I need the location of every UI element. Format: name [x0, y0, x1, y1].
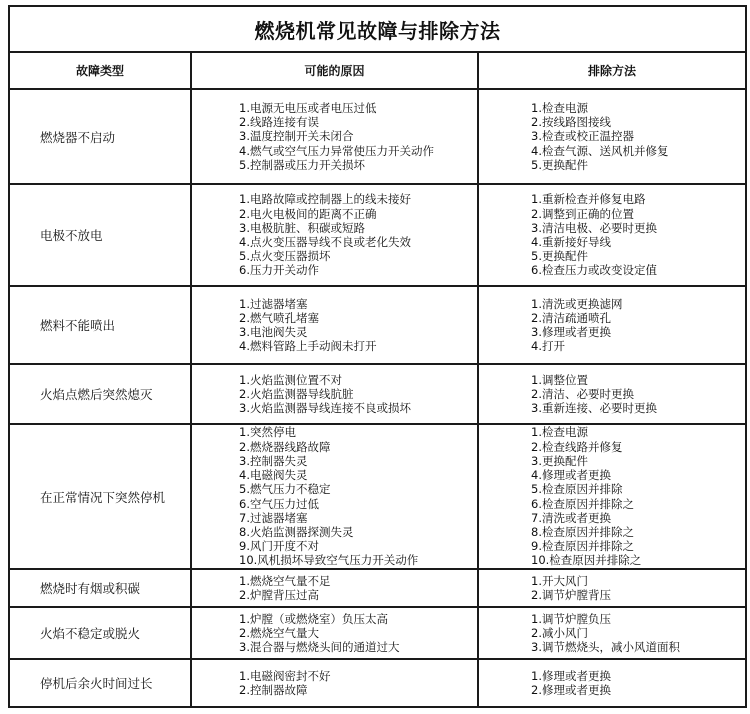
table-row: 在正常情况下突然停机1.突然停电2.燃烧器线路故障3.控制器失灵4.电磁阀失灵5…: [9, 424, 746, 569]
cause-item: 1.电磁阀密封不好: [239, 669, 477, 683]
cause-item: 9.风门开度不对: [239, 539, 477, 553]
cause-item: 3.控制器失灵: [239, 454, 477, 468]
causes-cell: 1.突然停电2.燃烧器线路故障3.控制器失灵4.电磁阀失灵5.燃气压力不稳定6.…: [191, 424, 478, 569]
table-title: 燃烧机常见故障与排除方法: [9, 6, 746, 52]
remedy-item: 7.清洗或者更换: [531, 511, 745, 525]
remedy-item: 4.重新接好导线: [531, 235, 745, 249]
table-row: 燃料不能喷出1.过滤器堵塞2.燃气喷孔堵塞3.电池阀失灵4.燃料管路上手动阀未打…: [9, 286, 746, 364]
table-row: 火焰点燃后突然熄灭1.火焰监测位置不对2.火焰监测器导线肮脏3.火焰监测器导线连…: [9, 364, 746, 424]
remedies-cell: 1.重新检查并修复电路2.调整到正确的位置3.清洁电极、必要时更换4.重新接好导…: [478, 184, 746, 286]
remedy-item: 1.重新检查并修复电路: [531, 192, 745, 206]
remedies-cell: 1.调整位置2.清洁、必要时更换3.重新连接、必要时更换: [478, 364, 746, 424]
fault-type-cell: 在正常情况下突然停机: [9, 424, 191, 569]
cause-item: 6.压力开关动作: [239, 263, 477, 277]
cause-item: 6.空气压力过低: [239, 497, 477, 511]
cause-item: 2.线路连接有误: [239, 115, 477, 129]
remedy-item: 1.检查电源: [531, 425, 745, 439]
fault-type-cell: 燃烧器不启动: [9, 89, 191, 184]
remedy-item: 2.按线路图接线: [531, 115, 745, 129]
cause-item: 3.混合器与燃烧头间的通道过大: [239, 640, 477, 654]
cause-item: 4.燃料管路上手动阀未打开: [239, 339, 477, 353]
remedy-item: 3.重新连接、必要时更换: [531, 401, 745, 415]
causes-cell: 1.燃烧空气量不足2.炉膛背压过高: [191, 569, 478, 607]
causes-cell: 1.火焰监测位置不对2.火焰监测器导线肮脏3.火焰监测器导线连接不良或损坏: [191, 364, 478, 424]
causes-cell: 1.电源无电压或者电压过低2.线路连接有误3.温度控制开关未闭合4.燃气或空气压…: [191, 89, 478, 184]
fault-type-cell: 停机后余火时间过长: [9, 659, 191, 707]
remedy-item: 1.调整位置: [531, 373, 745, 387]
cause-item: 2.炉膛背压过高: [239, 588, 477, 602]
remedy-item: 3.调节燃烧头，减小风道面积: [531, 640, 745, 654]
cause-item: 1.电源无电压或者电压过低: [239, 101, 477, 115]
remedy-item: 6.检查压力或改变设定值: [531, 263, 745, 277]
cause-item: 5.燃气压力不稳定: [239, 482, 477, 496]
causes-cell: 1.电路故障或控制器上的线未接好2.电火电极间的距离不正确3.电极肮脏、积碳或短…: [191, 184, 478, 286]
remedy-item: 5.更换配件: [531, 249, 745, 263]
remedies-cell: 1.修理或者更换2.修理或者更换: [478, 659, 746, 707]
cause-item: 1.炉膛（或燃烧室）负压太高: [239, 612, 477, 626]
remedy-item: 2.调节炉膛背压: [531, 588, 745, 602]
cause-item: 3.电池阀失灵: [239, 325, 477, 339]
cause-item: 3.火焰监测器导线连接不良或损坏: [239, 401, 477, 415]
remedies-cell: 1.清洗或更换滤网2.清洁疏通喷孔3.修理或者更换4.打开: [478, 286, 746, 364]
remedy-item: 3.修理或者更换: [531, 325, 745, 339]
fault-type-cell: 火焰点燃后突然熄灭: [9, 364, 191, 424]
remedy-item: 3.清洁电极、必要时更换: [531, 221, 745, 235]
remedy-item: 3.更换配件: [531, 454, 745, 468]
remedy-item: 10.检查原因并排除之: [531, 553, 745, 567]
cause-item: 1.燃烧空气量不足: [239, 574, 477, 588]
remedy-item: 1.清洗或更换滤网: [531, 297, 745, 311]
remedy-item: 1.检查电源: [531, 101, 745, 115]
remedy-item: 5.更换配件: [531, 158, 745, 172]
header-remedies: 排除方法: [478, 52, 746, 89]
cause-item: 2.燃气喷孔堵塞: [239, 311, 477, 325]
cause-item: 4.电磁阀失灵: [239, 468, 477, 482]
cause-item: 1.突然停电: [239, 425, 477, 439]
remedy-item: 4.打开: [531, 339, 745, 353]
remedy-item: 4.修理或者更换: [531, 468, 745, 482]
cause-item: 1.电路故障或控制器上的线未接好: [239, 192, 477, 206]
cause-item: 3.温度控制开关未闭合: [239, 129, 477, 143]
remedy-item: 1.开大风门: [531, 574, 745, 588]
header-row: 故障类型 可能的原因 排除方法: [9, 52, 746, 89]
remedies-cell: 1.检查电源2.按线路图接线3.检查或校正温控器4.检查气源、送风机并修复5.更…: [478, 89, 746, 184]
remedy-item: 2.清洁、必要时更换: [531, 387, 745, 401]
cause-item: 2.燃烧空气量大: [239, 626, 477, 640]
cause-item: 1.火焰监测位置不对: [239, 373, 477, 387]
cause-item: 5.点火变压器损坏: [239, 249, 477, 263]
remedy-item: 1.修理或者更换: [531, 669, 745, 683]
causes-cell: 1.过滤器堵塞2.燃气喷孔堵塞3.电池阀失灵4.燃料管路上手动阀未打开: [191, 286, 478, 364]
table-row: 停机后余火时间过长1.电磁阀密封不好2.控制器故障1.修理或者更换2.修理或者更…: [9, 659, 746, 707]
cause-item: 4.燃气或空气压力异常使压力开关动作: [239, 144, 477, 158]
remedy-item: 9.检查原因并排除之: [531, 539, 745, 553]
title-row: 燃烧机常见故障与排除方法: [9, 6, 746, 52]
cause-item: 1.过滤器堵塞: [239, 297, 477, 311]
fault-type-cell: 燃烧时有烟或积碳: [9, 569, 191, 607]
table-row: 燃烧时有烟或积碳1.燃烧空气量不足2.炉膛背压过高1.开大风门2.调节炉膛背压: [9, 569, 746, 607]
cause-item: 2.火焰监测器导线肮脏: [239, 387, 477, 401]
remedy-item: 3.检查或校正温控器: [531, 129, 745, 143]
causes-cell: 1.电磁阀密封不好2.控制器故障: [191, 659, 478, 707]
remedy-item: 6.检查原因并排除之: [531, 497, 745, 511]
cause-item: 5.控制器或压力开关损坏: [239, 158, 477, 172]
cause-item: 3.电极肮脏、积碳或短路: [239, 221, 477, 235]
remedies-cell: 1.检查电源2.检查线路并修复3.更换配件4.修理或者更换5.检查原因并排除6.…: [478, 424, 746, 569]
remedies-cell: 1.开大风门2.调节炉膛背压: [478, 569, 746, 607]
causes-cell: 1.炉膛（或燃烧室）负压太高2.燃烧空气量大3.混合器与燃烧头间的通道过大: [191, 607, 478, 659]
remedy-item: 2.调整到正确的位置: [531, 207, 745, 221]
troubleshooting-table: 燃烧机常见故障与排除方法 故障类型 可能的原因 排除方法 燃烧器不启动1.电源无…: [8, 5, 747, 708]
remedy-item: 1.调节炉膛负压: [531, 612, 745, 626]
cause-item: 2.控制器故障: [239, 683, 477, 697]
fault-type-cell: 电极不放电: [9, 184, 191, 286]
fault-type-cell: 燃料不能喷出: [9, 286, 191, 364]
remedy-item: 2.清洁疏通喷孔: [531, 311, 745, 325]
header-fault-type: 故障类型: [9, 52, 191, 89]
remedy-item: 8.检查原因并排除之: [531, 525, 745, 539]
remedies-cell: 1.调节炉膛负压2.减小风门3.调节燃烧头，减小风道面积: [478, 607, 746, 659]
remedy-item: 2.修理或者更换: [531, 683, 745, 697]
fault-type-cell: 火焰不稳定或脱火: [9, 607, 191, 659]
cause-item: 2.燃烧器线路故障: [239, 440, 477, 454]
cause-item: 2.电火电极间的距离不正确: [239, 207, 477, 221]
table-row: 电极不放电1.电路故障或控制器上的线未接好2.电火电极间的距离不正确3.电极肮脏…: [9, 184, 746, 286]
table-row: 燃烧器不启动1.电源无电压或者电压过低2.线路连接有误3.温度控制开关未闭合4.…: [9, 89, 746, 184]
remedy-item: 5.检查原因并排除: [531, 482, 745, 496]
cause-item: 4.点火变压器导线不良或老化失效: [239, 235, 477, 249]
table-row: 火焰不稳定或脱火1.炉膛（或燃烧室）负压太高2.燃烧空气量大3.混合器与燃烧头间…: [9, 607, 746, 659]
header-possible-causes: 可能的原因: [191, 52, 478, 89]
remedy-item: 2.减小风门: [531, 626, 745, 640]
remedy-item: 2.检查线路并修复: [531, 440, 745, 454]
cause-item: 10.风机损坏导致空气压力开关动作: [239, 553, 477, 567]
table-body: 燃烧器不启动1.电源无电压或者电压过低2.线路连接有误3.温度控制开关未闭合4.…: [9, 89, 746, 707]
cause-item: 7.过滤器堵塞: [239, 511, 477, 525]
remedy-item: 4.检查气源、送风机并修复: [531, 144, 745, 158]
cause-item: 8.火焰监测器探测失灵: [239, 525, 477, 539]
